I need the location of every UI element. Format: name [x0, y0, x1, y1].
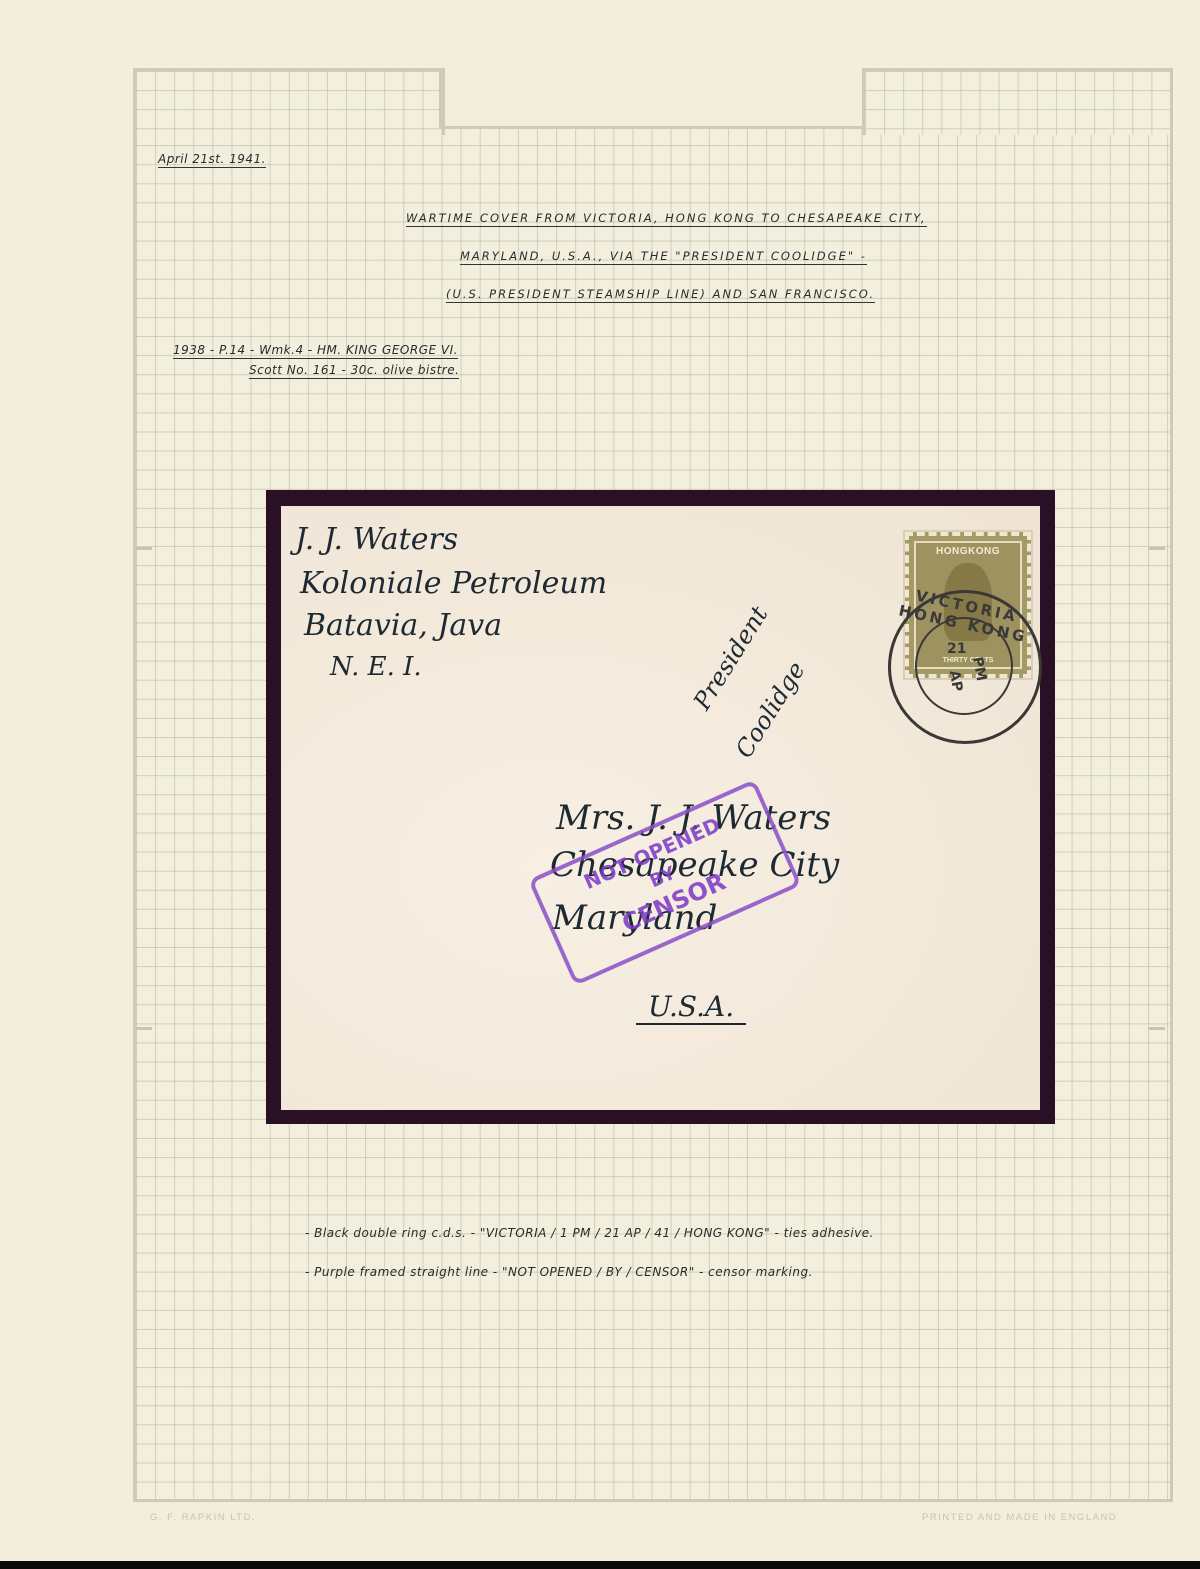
album-page: April 21st. 1941. WARTIME COVER FROM VIC… [0, 0, 1200, 1560]
title-line-2: MARYLAND, U.S.A., VIA THE "PRESIDENT COO… [460, 249, 867, 265]
note-postmark: - Black double ring c.d.s. - "VICTORIA /… [305, 1226, 874, 1240]
alignment-tick [136, 1027, 152, 1030]
sender-company: Koloniale Petroleum [300, 566, 607, 601]
alignment-tick [1149, 547, 1165, 550]
grid-notch-bottom [439, 126, 865, 129]
alignment-tick [136, 547, 152, 550]
postmark-cds: VICTORIA HONG KONG 21 PM AP [888, 590, 1042, 744]
title-line-1: WARTIME COVER FROM VICTORIA, HONG KONG T… [406, 211, 927, 227]
title-line-3: (U.S. PRESIDENT STEAMSHIP LINE) AND SAN … [446, 287, 875, 303]
sender-country: N. E. I. [330, 652, 422, 682]
grid-tab-left [133, 68, 445, 135]
alignment-tick [1149, 1027, 1165, 1030]
scan-edge [0, 1561, 1200, 1569]
sender-name: J. J. Waters [295, 522, 458, 557]
sender-city: Batavia, Java [304, 608, 502, 643]
postmark-day: 21 [947, 641, 966, 657]
grid-tab-right [862, 68, 1173, 135]
stamp-description-line-2: Scott No. 161 - 30c. olive bistre. [249, 363, 459, 379]
postmark-month: AP [946, 669, 965, 693]
recipient-country: U.S.A. [636, 990, 746, 1025]
origin-imprint: PRINTED AND MADE IN ENGLAND [922, 1512, 1117, 1523]
page-date: April 21st. 1941. [158, 152, 266, 168]
stamp-country: HONGKONG [916, 546, 1020, 557]
grid-notch-edge [439, 68, 442, 129]
stamp-description-line-1: 1938 - P.14 - Wmk.4 - HM. KING GEORGE VI… [173, 343, 458, 359]
note-censor: - Purple framed straight line - "NOT OPE… [305, 1265, 813, 1279]
grid-notch-edge [862, 68, 865, 129]
printer-imprint: G. F. RAPKIN LTD. [150, 1512, 256, 1523]
